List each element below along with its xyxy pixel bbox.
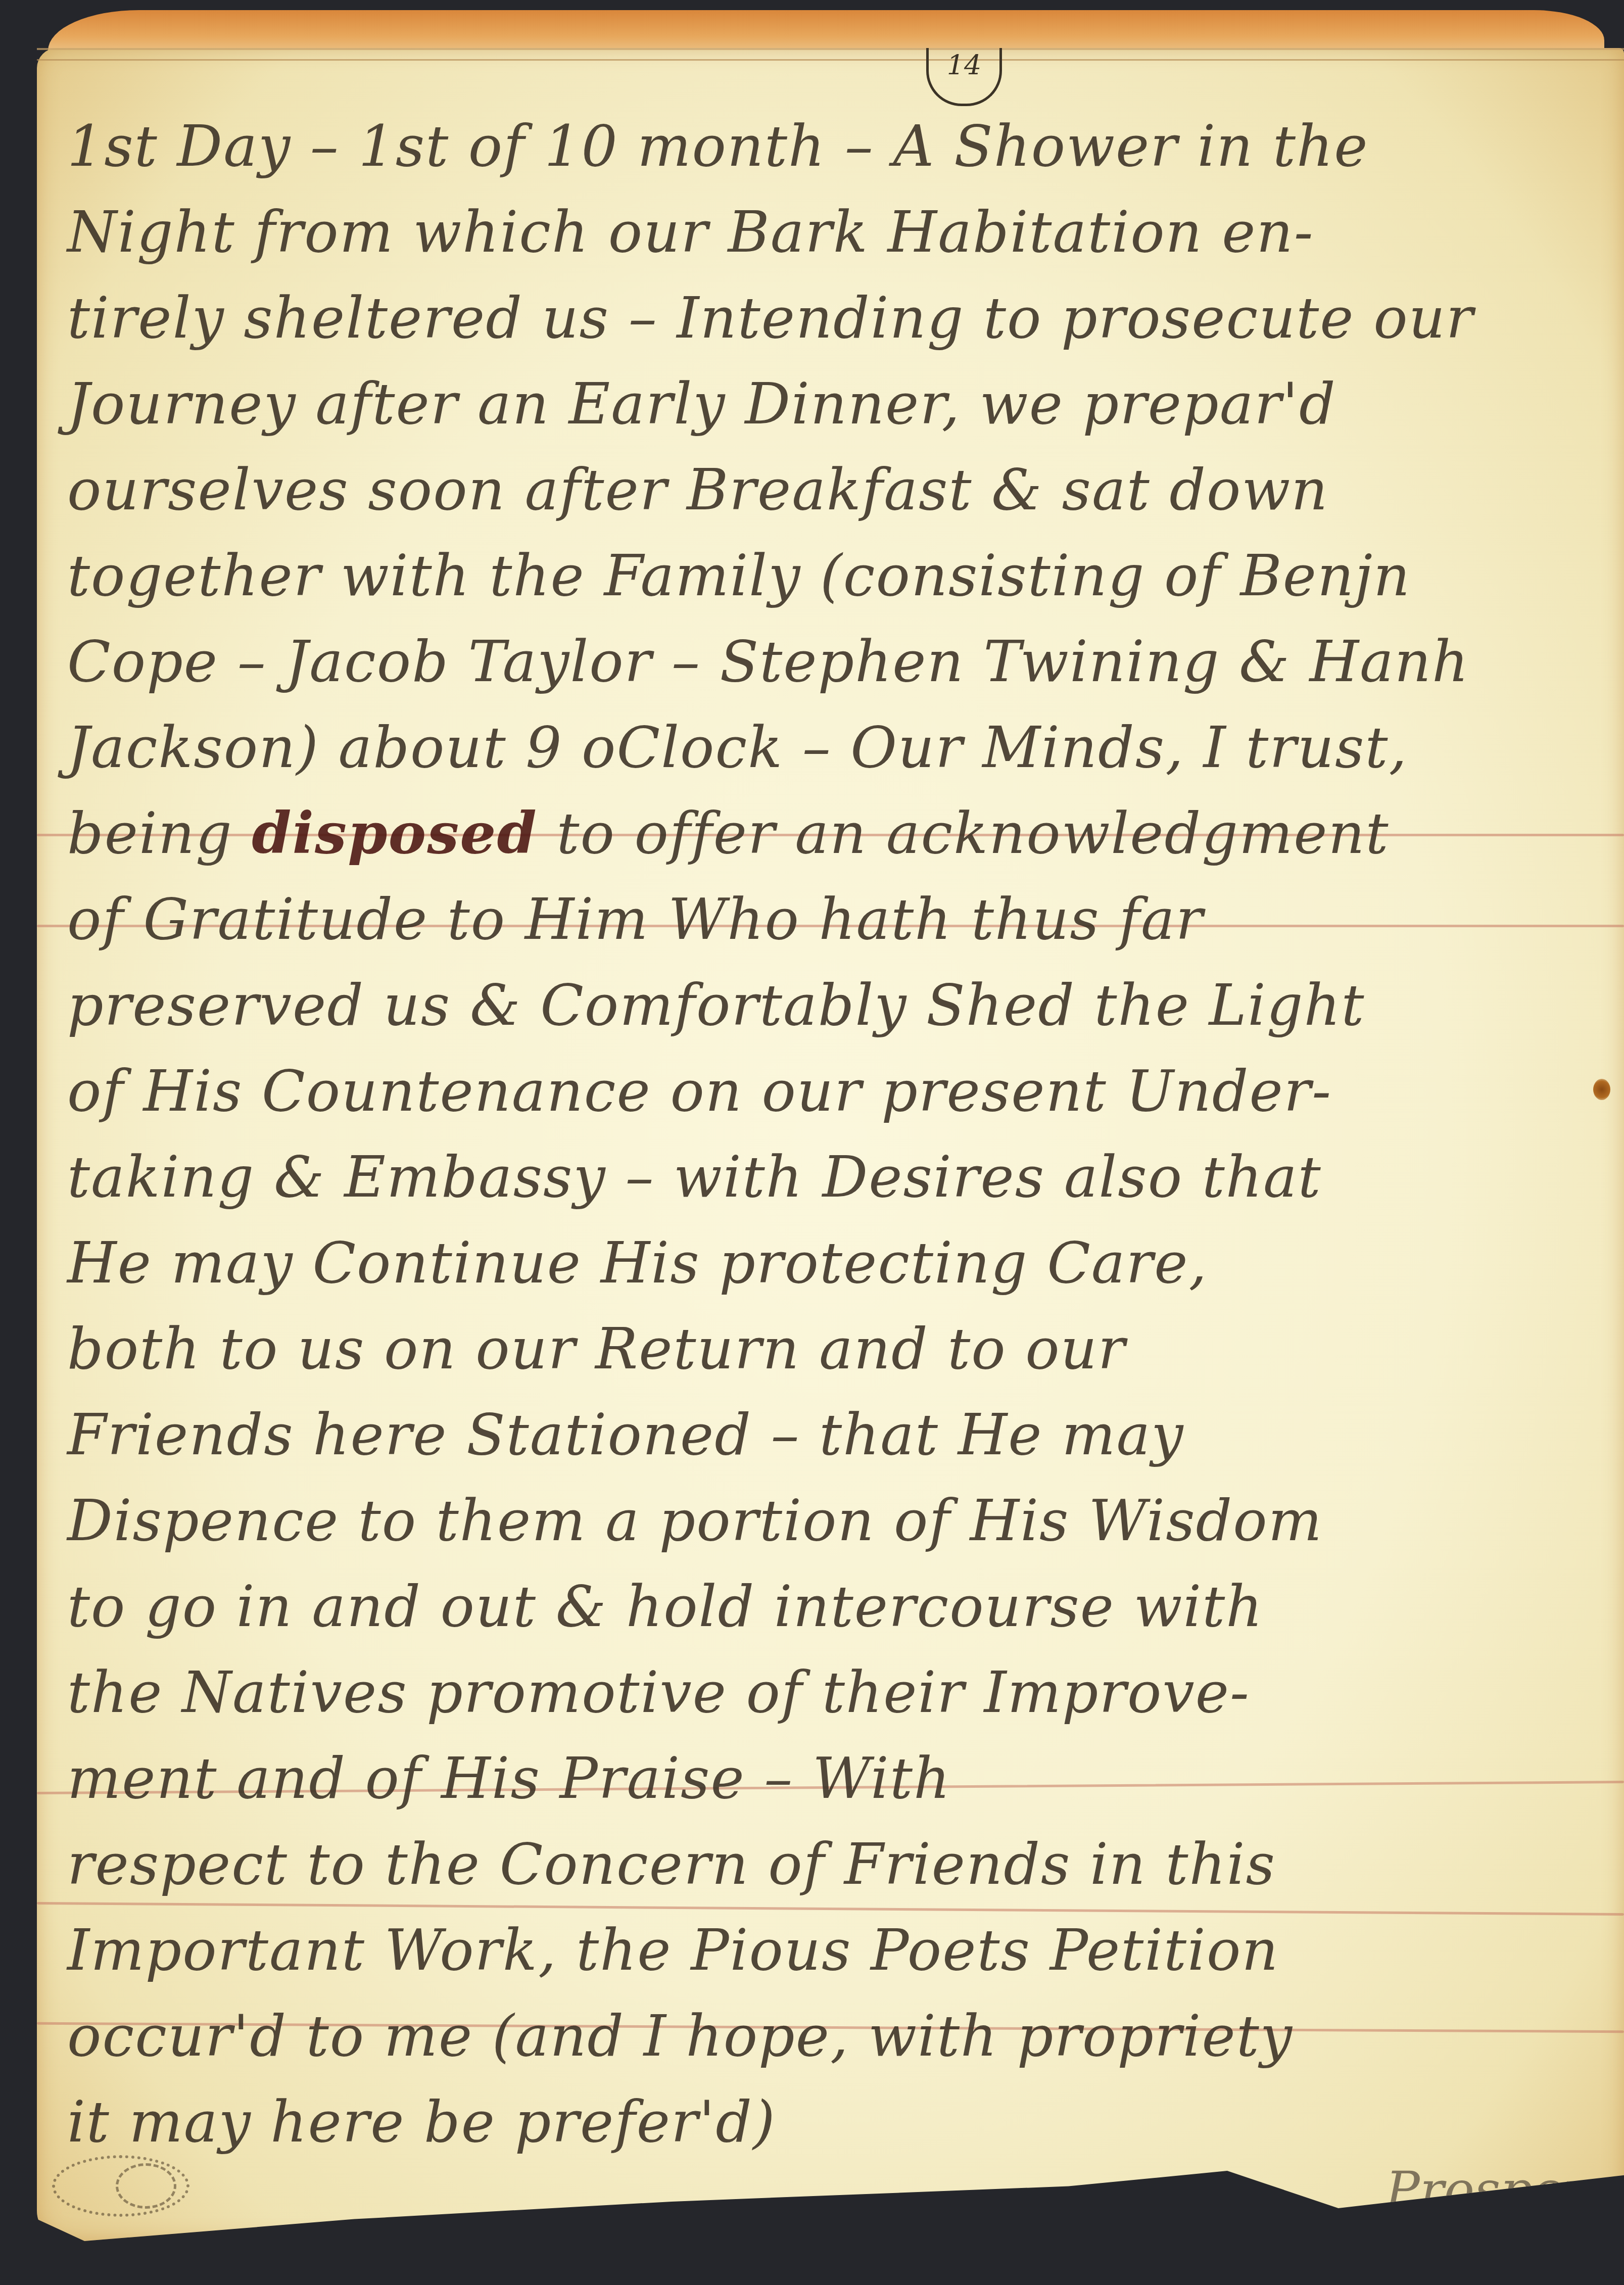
text-line: respect to the Concern of Friends in thi… bbox=[67, 1822, 1593, 1908]
text-line: to go in and out & hold intercourse with bbox=[67, 1564, 1593, 1650]
text-line: the Natives promotive of their Improve- bbox=[67, 1650, 1593, 1736]
ink-scribble bbox=[52, 2155, 189, 2217]
text-line: taking & Embassy – with Desires also tha… bbox=[67, 1134, 1593, 1220]
text-line: preserved us & Comfortably Shed the Ligh… bbox=[67, 963, 1593, 1049]
text-line: Night from which our Bark Habitation en- bbox=[67, 189, 1593, 275]
text-line: together with the Family (consisting of … bbox=[67, 533, 1593, 619]
text-line: it may here be prefer'd) bbox=[67, 2079, 1593, 2165]
journal-text: 1st Day – 1st of 10 month – A Shower in … bbox=[67, 104, 1593, 2165]
page-number: 14 bbox=[926, 43, 1002, 106]
text-line: Journey after an Early Dinner, we prepar… bbox=[67, 361, 1593, 447]
text-line: occur'd to me (and I hope, with propriet… bbox=[67, 1993, 1593, 2079]
text-line: He may Continue His protecting Care, bbox=[67, 1220, 1593, 1306]
text-line: Important Work, the Pious Poets Petition bbox=[67, 1908, 1593, 1993]
catchword: Prosper- bbox=[1386, 2160, 1604, 2219]
text-line: ment and of His Praise – With bbox=[67, 1736, 1593, 1822]
ink-stain bbox=[1593, 1079, 1610, 1100]
text-line: Jackson) about 9 oClock – Our Minds, I t… bbox=[67, 705, 1593, 791]
text-line: Dispence to them a portion of His Wisdom bbox=[67, 1478, 1593, 1564]
text-fragment: to offer an acknowledgment bbox=[556, 801, 1389, 867]
text-line: of Gratitude to Him Who hath thus far bbox=[67, 877, 1593, 963]
text-line: ourselves soon after Breakfast & sat dow… bbox=[67, 447, 1593, 533]
text-line: both to us on our Return and to our bbox=[67, 1306, 1593, 1392]
text-line: Friends here Stationed – that He may bbox=[67, 1392, 1593, 1478]
text-line: 1st Day – 1st of 10 month – A Shower in … bbox=[67, 104, 1593, 189]
text-line: tirely sheltered us – Intending to prose… bbox=[67, 275, 1593, 361]
text-line: of His Countenance on our present Under- bbox=[67, 1049, 1593, 1134]
inserted-word: disposed bbox=[252, 800, 538, 867]
text-line: Cope – Jacob Taylor – Stephen Twining & … bbox=[67, 619, 1593, 705]
page-top-edge bbox=[37, 48, 1624, 61]
text-fragment: being bbox=[67, 801, 233, 867]
manuscript-page: 14 1st Day – 1st of 10 month – A Shower … bbox=[37, 48, 1624, 2241]
text-line: being disposed to offer an acknowledgmen… bbox=[67, 791, 1593, 877]
